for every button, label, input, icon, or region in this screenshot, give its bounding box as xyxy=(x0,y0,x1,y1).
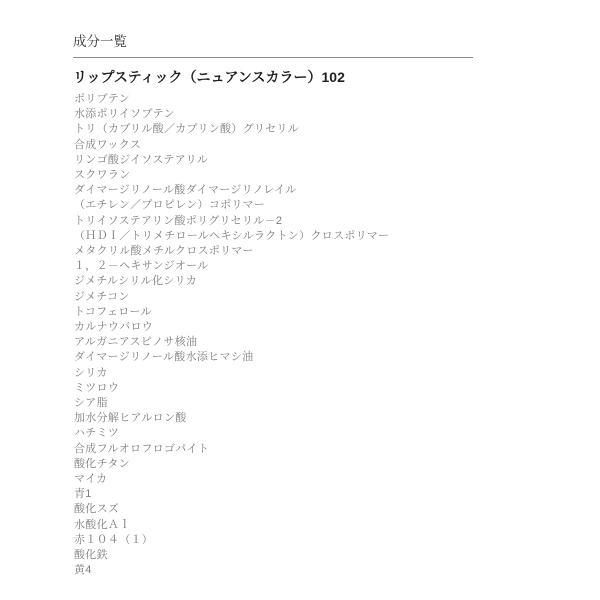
ingredient-item: 合成ワックス xyxy=(74,138,540,153)
ingredient-item: ハチミツ xyxy=(74,426,540,441)
ingredient-item: 合成フルオロフロゴパイト xyxy=(74,442,540,457)
ingredient-item: トリイソステアリン酸ポリグリセリル－2 xyxy=(74,214,540,229)
ingredient-page: 成分一覧 リップスティック（ニュアンスカラー）102 ポリブテン水添ポリイソブテ… xyxy=(0,0,600,600)
ingredient-item: マイカ xyxy=(74,472,540,487)
ingredient-item: 酸化チタン xyxy=(74,457,540,472)
ingredient-item: 酸化スズ xyxy=(74,502,540,517)
ingredient-item: ダイマージリノール酸水添ヒマシ油 xyxy=(74,350,540,365)
ingredient-item: 水酸化Ａｌ xyxy=(74,518,540,533)
ingredient-item: リンゴ酸ジイソステアリル xyxy=(74,153,540,168)
ingredient-item: （エチレン／プロピレン）コポリマー xyxy=(74,198,540,213)
ingredient-item: １，２－ヘキサンジオール xyxy=(74,259,540,274)
ingredient-item: シア脂 xyxy=(74,396,540,411)
ingredient-item: （ＨＤＩ／トリメチロールヘキシルラクトン）クロスポリマー xyxy=(74,229,540,244)
ingredient-item: スクワラン xyxy=(74,168,540,183)
ingredient-item: ジメチルシリル化シリカ xyxy=(74,274,540,289)
ingredient-item: 加水分解ヒアルロン酸 xyxy=(74,411,540,426)
ingredient-item: 水添ポリイソブテン xyxy=(74,107,540,122)
ingredient-item: トリ（カプリル酸／カプリン酸）グリセリル xyxy=(74,122,540,137)
page-title: 成分一覧 xyxy=(73,33,540,50)
ingredient-item: トコフェロール xyxy=(74,305,540,320)
ingredient-item: ポリブテン xyxy=(74,92,540,107)
ingredient-item: ミツロウ xyxy=(74,381,540,396)
ingredient-item: ジメチコン xyxy=(74,290,540,305)
product-title: リップスティック（ニュアンスカラー）102 xyxy=(73,68,540,86)
ingredient-item: メタクリル酸メチルクロスポリマー xyxy=(74,244,540,259)
ingredient-item: カルナウバロウ xyxy=(74,320,540,335)
ingredient-item: 黄4 xyxy=(74,563,540,578)
ingredient-item: 赤１０４（１） xyxy=(74,533,540,548)
ingredient-item: 青1 xyxy=(74,487,540,502)
ingredient-item: ダイマージリノール酸ダイマージリノレイル xyxy=(74,183,540,198)
ingredient-item: 酸化鉄 xyxy=(74,548,540,563)
divider xyxy=(73,57,473,58)
ingredient-item: アルガニアスピノサ核油 xyxy=(74,335,540,350)
ingredient-list: ポリブテン水添ポリイソブテントリ（カプリル酸／カプリン酸）グリセリル合成ワックス… xyxy=(74,92,540,579)
ingredient-item: シリカ xyxy=(74,366,540,381)
